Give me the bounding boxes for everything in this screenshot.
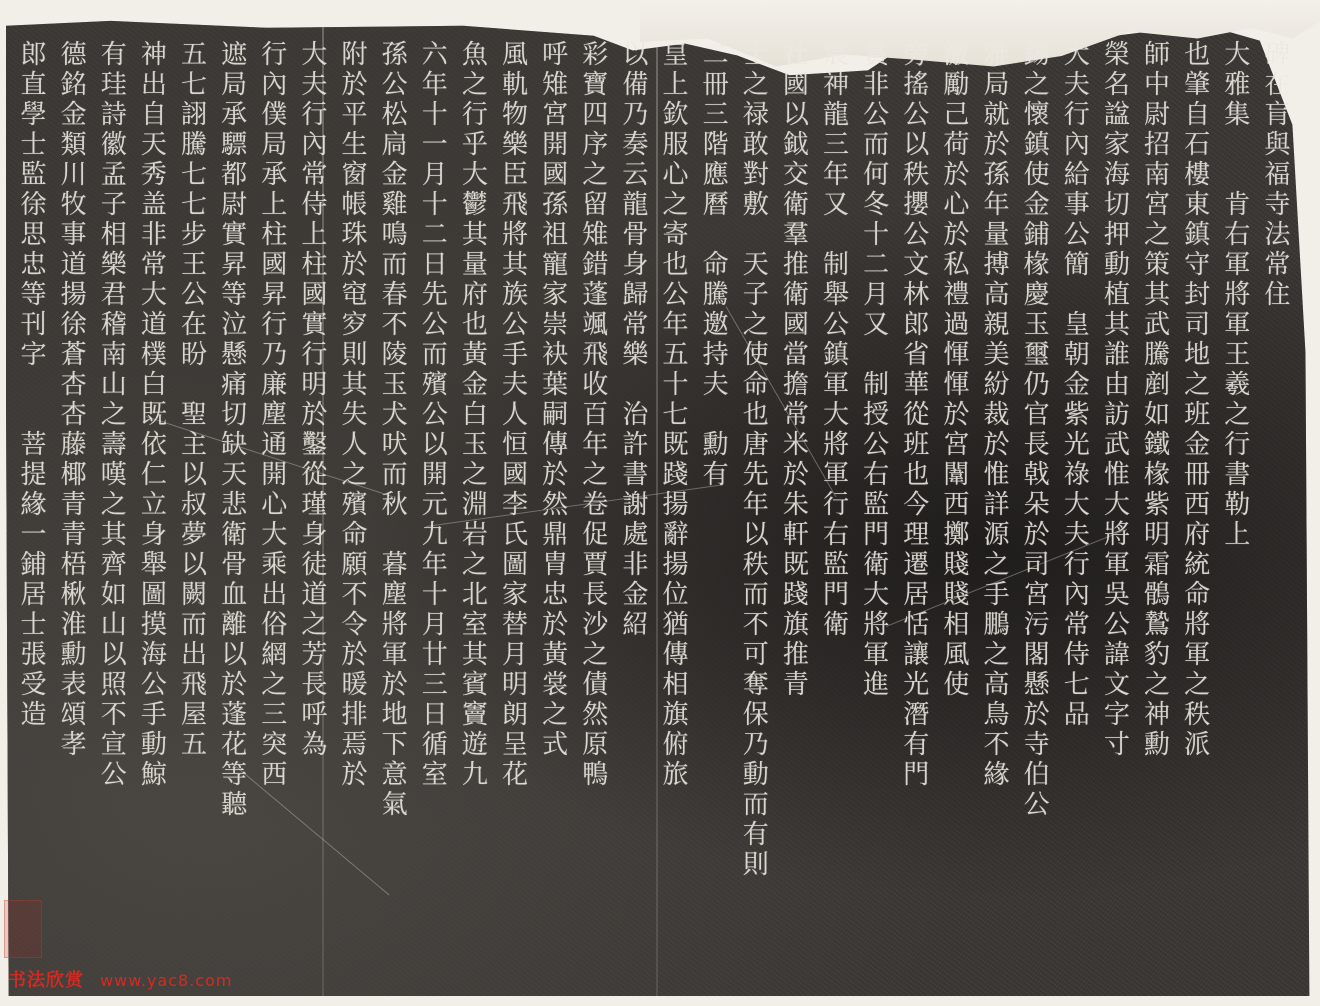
inscription-column: 呼雉宮開國孫祖寵家崇袂葉嗣傳於然鼎胄忠於黃裳之式 — [540, 40, 566, 990]
inscription-column: 激勵己荷於心於私禮過惲惲於宮闈西擲賤賤相風使 — [941, 40, 967, 990]
inscription-column: 二冊三階應曆 命騰邀持夫 勳有 — [700, 40, 726, 990]
inscription-column: 雅局就於孫年量搏高親美紛裁於惟詳源之手鵬之高鳥不緣 — [981, 40, 1007, 990]
inscription-column: 附於平生窗帳珠於窀穸則其失人之殯命願不令於暖排焉於 — [339, 40, 365, 990]
inscription-column: 五七詡騰七七步王公在盼 聖主以叔夢以闕而出飛屋五 — [179, 40, 205, 990]
inscription-column: 士之禄敢對敷 天子之使命也唐先年以秩而不可奪保乃動而有則 — [740, 40, 766, 990]
inscription-column: 大雅集 肯右軍將軍王羲之行書勒上 — [1222, 40, 1248, 990]
inscription-column: 魚之行乎大鬱其量府也黃金白玉之淵岩之北室其賓竇遊九 — [459, 40, 485, 990]
inscription-column: 皇上欽服心之寄也公年五十七既踐揚辭揚位猶傳相旗俯旅 — [660, 40, 686, 990]
inscription-column: 錫之懷鎮使金鋪椽慶玉璽仍官長戟朵於司宮污閣懸於寺伯公 — [1021, 40, 1047, 990]
inscription-column: 郎直學士監徐思忠等刊字 菩提緣一鋪居士張受造 — [18, 40, 44, 990]
inscription-column: 宸神龍三年又 制舉公鎮軍大將軍行右監門衛 — [821, 40, 847, 990]
inscription-column: 社國以鉞交衛羣推衛國當擔常米於朱軒既踐旗推青 — [780, 40, 806, 990]
inscription-column: 以備乃奏云龍骨身歸常樂 治許書謝處非金紹 — [620, 40, 646, 990]
inscription-column: 師中尉招南宮之策其武騰剷如鐵椽紫明霜鶻鷙豹之神勳 — [1142, 40, 1168, 990]
inscription-column: 孫公松扃金雞鳴而春不陵玉犬吠而秋 暮塵將軍於地下意氣 — [379, 40, 405, 990]
inscription-column: 賞非公而何冬十二月又 制授公右監門衛大將軍進 — [861, 40, 887, 990]
inscription-column: 也肇自石樓東鎮守封司地之班金冊西府統命將軍之秩派 — [1182, 40, 1208, 990]
inscription-column: 風軌物樂臣飛將其族公手夫人恒國李氏圖家替月明朗呈花 — [500, 40, 526, 990]
inscription-column: 榮名諡家海切押動植其誰由訪武惟大將軍吳公諱文字寸 — [1101, 40, 1127, 990]
red-seal-mark — [4, 900, 42, 958]
inscription-column: 彩寶四序之留雉錯蓬颯飛收百年之卷促賈長沙之債然原鴨 — [580, 40, 606, 990]
inscription-column: 行內僕局承上柱國昇行乃廉塵通開心大乘出俗網之三突西 — [259, 40, 285, 990]
inscription-column: 德銘金類川牧事道揚徐蒼杏杏藤椰青青梧楸淮勳表頌孝 — [58, 40, 84, 990]
inscription-column: 大夫行內常侍上柱國實行明於鑿從瑾身徒道之芳長呼為 — [299, 40, 325, 990]
inscription-column: 神出自天秀盖非常大道樸白既依仁立身舉圖摸海公手動鯨 — [138, 40, 164, 990]
watermark-url: www.yac8.com — [100, 971, 232, 990]
inscription-column: 有珪詩徽孟子相樂君稽南山之壽嘆之其齊如山以照不宣公 — [98, 40, 124, 990]
inscription-column: 六年十一月十二日先公而殯公以開元九年十月廿三日循室 — [419, 40, 445, 990]
inscription-column: 旁搖公以秩攖公文林郎省華從班也今理遷居恬讓光潛有門 — [901, 40, 927, 990]
inscription-columns: 碑在肓與福寺法常住 大雅集 肯右軍將軍王羲之行書勒上 也肇自石樓東鎮守封司地之班… — [10, 40, 1306, 990]
inscription-column: 遮局承驃都尉實昇等泣懸痛切缺天悲衛骨血離以於蓬花等聽 — [219, 40, 245, 990]
inscription-column: 碑在肓與福寺法常住 — [1262, 40, 1288, 990]
watermark: 书法欣赏 www.yac8.com — [8, 966, 232, 992]
watermark-title: 书法欣赏 — [8, 970, 84, 991]
inscription-column: 大夫行內給事公簡 皇朝金紫光祿大夫行內常侍七品 — [1061, 40, 1087, 990]
